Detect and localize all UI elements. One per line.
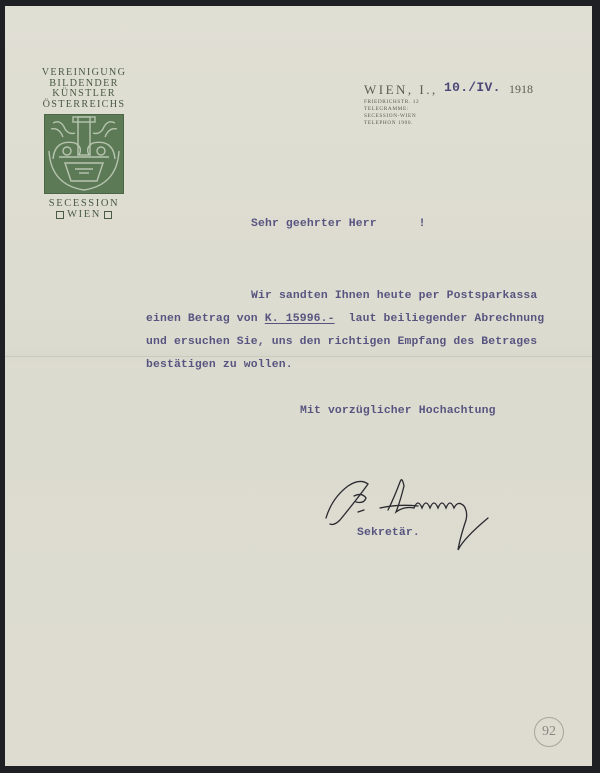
body-line-text: laut beiliegender Abrechnung [349,313,545,325]
letterhead: VEREINIGUNG BILDENDER KÜNSTLER ÖSTERREIC… [38,68,130,220]
address-line: FRIEDRICHSTR. 12 [364,99,438,105]
salutation: Sehr geehrter Herr ! [251,218,426,230]
date-year: 1918 [509,82,533,97]
sender-address: WIEN, I., FRIEDRICHSTR. 12 TELEGRAMME: S… [364,82,438,126]
date-typed: 10./IV. [444,80,501,95]
letterhead-secession: SECESSION [38,198,130,209]
address-line: SECESSION-WIEN [364,113,438,119]
address-city: WIEN, I., [364,82,438,98]
square-ornament-icon [56,211,64,219]
amount: K. 15996.- [265,313,335,325]
body-line-text: einen Betrag von [146,313,258,325]
closing: Mit vorzüglicher Hochachtung [300,405,496,417]
body-line: Wir sandten Ihnen heute per Postsparkass… [251,290,537,302]
letterhead-wien: WIEN [38,209,130,220]
square-ornament-icon [104,211,112,219]
letterhead-line: ÖSTERREICHS [38,100,130,111]
secession-emblem-icon [44,114,124,194]
letterhead-wien-text: WIEN [67,209,101,220]
archive-page-number: 92 [534,717,564,747]
address-line: TELEPHON 1900. [364,120,438,126]
signature-icon [318,468,508,568]
body-line-amount: einen Betrag von K. 15996.- laut beilieg… [146,313,544,325]
body-line: bestätigen zu wollen. [146,359,293,371]
body-line: und ersuchen Sie, uns den richtigen Empf… [146,336,537,348]
signatory-title: Sekretär. [357,527,420,539]
address-line: TELEGRAMME: [364,106,438,112]
letterhead-line: VEREINIGUNG [38,68,130,79]
letterhead-line: KÜNSTLER [38,89,130,100]
fold-line [5,356,592,357]
